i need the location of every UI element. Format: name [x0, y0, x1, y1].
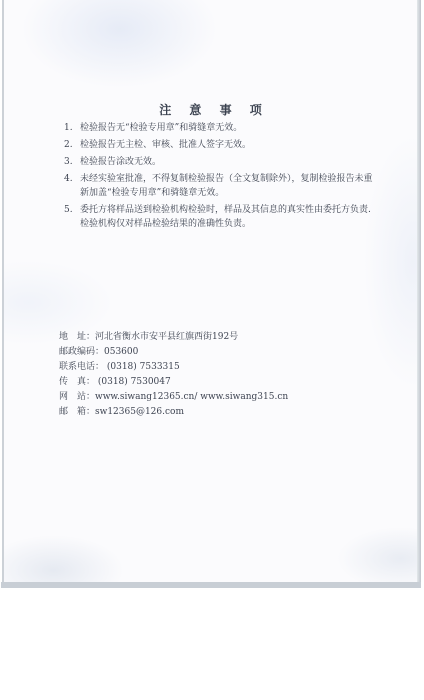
item-number: 2. [64, 138, 80, 152]
notice-item-2: 2. 检验报告无主检、审核、批准人签字无效。 [64, 138, 389, 152]
page-title: 注 意 事 项 [4, 101, 417, 118]
contact-website: 网 站：www.siwang12365.cn/ www.siwang315.cn [59, 390, 288, 405]
item-text: 检验报告无主检、审核、批准人签字无效。 [80, 138, 251, 152]
item-number: 1. [64, 121, 80, 135]
item-number: 3. [64, 155, 80, 169]
item-text: 检验报告无“检验专用章”和骑缝章无效。 [80, 121, 242, 135]
item-text: 新加盖“检验专用章”和骑缝章无效。 [80, 186, 373, 200]
notice-item-4: 4. 未经实验室批准，不得复制检验报告（全文复制除外），复制检验报告未重 新加盖… [64, 172, 389, 200]
paper-sheet: 注 意 事 项 1. 检验报告无“检验专用章”和骑缝章无效。 2. 检验报告无主… [4, 0, 417, 582]
notice-item-3: 3. 检验报告涂改无效。 [64, 155, 389, 169]
contact-email: 邮 箱：sw12365@126.com [59, 405, 288, 420]
notice-item-5: 5. 委托方将样品送到检验机构检验时，样品及其信息的真实性由委托方负责. 检验机… [64, 203, 389, 231]
contact-fax: 传 真： (0318) 7530047 [59, 375, 288, 390]
item-text: 检验机构仅对样品检验结果的准确性负责。 [80, 217, 371, 231]
item-text: 检验报告涂改无效。 [80, 155, 161, 169]
item-number: 4. [64, 172, 80, 200]
item-number: 5. [64, 203, 80, 231]
contact-address: 地 址：河北省衡水市安平县红旗西街192号 [59, 330, 288, 345]
item-text: 未经实验室批准，不得复制检验报告（全文复制除外），复制检验报告未重 [80, 172, 373, 186]
contact-block: 地 址：河北省衡水市安平县红旗西街192号 邮政编码：053600 联系电话： … [59, 330, 288, 420]
scanned-document: 注 意 事 项 1. 检验报告无“检验专用章”和骑缝章无效。 2. 检验报告无主… [0, 0, 424, 700]
notice-item-1: 1. 检验报告无“检验专用章”和骑缝章无效。 [64, 121, 389, 135]
contact-phone: 联系电话： (0318) 7533315 [59, 360, 288, 375]
notice-list: 1. 检验报告无“检验专用章”和骑缝章无效。 2. 检验报告无主检、审核、批准人… [64, 121, 389, 234]
contact-postal-code: 邮政编码：053600 [59, 345, 288, 360]
scan-edge-right [417, 0, 421, 588]
item-text: 委托方将样品送到检验机构检验时，样品及其信息的真实性由委托方负责. [80, 203, 371, 217]
scan-edge-bottom [1, 582, 421, 588]
